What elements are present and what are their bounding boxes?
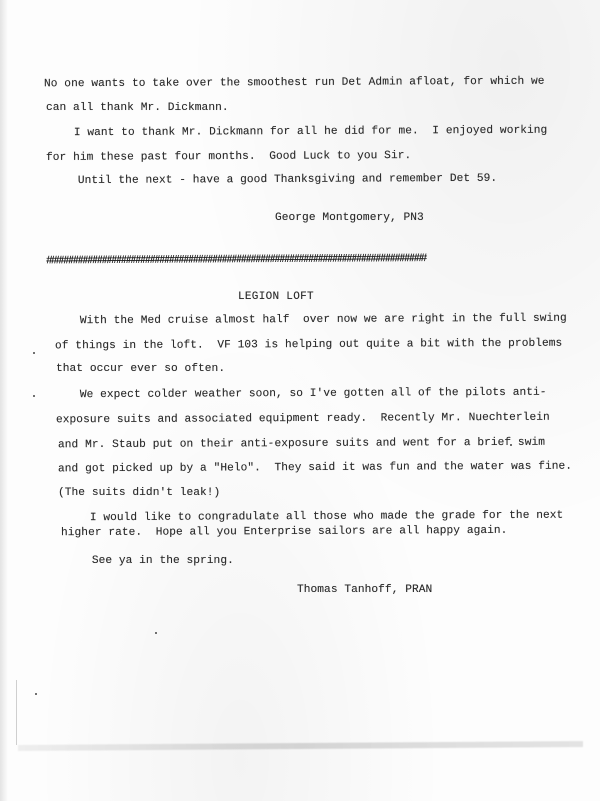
body-text-line: We expect colder weather soon, so I've g… <box>46 387 547 402</box>
body-text-line: can all thank Mr. Dickmann. <box>46 102 229 114</box>
body-text-line: of things in the loft. VF 103 is helping… <box>55 338 562 353</box>
scanned-page: No one wants to take over the smoothest … <box>0 0 600 801</box>
body-text-line: that occur ever so often. <box>56 363 225 375</box>
signature: George Montgomery, PN3 <box>275 212 424 224</box>
body-text-line: See ya in the spring. <box>58 555 234 567</box>
section-divider: ########################################… <box>46 252 516 271</box>
scan-edge-mark <box>16 680 17 745</box>
body-text-line: exposure suits and associated equipment … <box>56 412 550 427</box>
body-text-line: I would like to congradulate all those w… <box>56 510 563 525</box>
body-text-line: Until the next - have a good Thanksgivin… <box>44 173 497 187</box>
speck <box>35 693 37 695</box>
body-text-line: No one wants to take over the smoothest … <box>44 76 545 91</box>
body-text-line: (The suits didn't leak!) <box>58 487 220 499</box>
body-text-line: for him these past four months. Good Luc… <box>46 150 411 164</box>
body-text-line: and got picked up by a "Helo". They said… <box>58 461 572 476</box>
body-text-line: higher rate. Hope all you Enterprise sai… <box>61 525 507 539</box>
body-text-line: and Mr. Staub put on their anti-exposure… <box>58 437 545 452</box>
speck <box>33 352 35 354</box>
signature: Thomas Tanhoff, PRAN <box>297 584 432 596</box>
body-text-line: With the Med cruise almost half over now… <box>46 313 567 328</box>
speck <box>155 632 157 634</box>
scan-edge-shadow <box>0 0 8 801</box>
speck <box>510 444 512 446</box>
speck <box>33 395 35 397</box>
section-heading: LEGION LOFT <box>238 291 314 303</box>
scan-smudge <box>18 741 583 751</box>
body-text-line: I want to thank Mr. Dickmann for all he … <box>40 125 547 140</box>
